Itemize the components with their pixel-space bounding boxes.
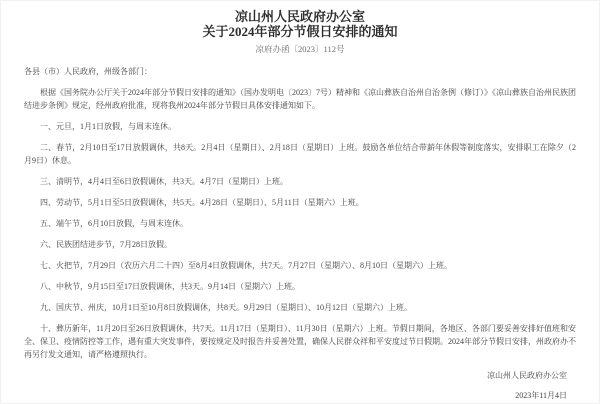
holiday-item-dragon-boat: 五、端午节，6月10日放假，与周末连休。 (24, 217, 576, 230)
signature: 凉山州人民政府办公室 (24, 369, 567, 382)
signature-date: 2023年11月4日 (24, 389, 567, 402)
holiday-item-qingming: 三、清明节，4月4日至6日放假调休，共3天。4月7日（星期日）上班。 (24, 175, 576, 188)
holiday-item-spring-festival: 二、春节，2月10日至17日放假调休，共8天。2月4日（星期日）、2月18日（星… (24, 141, 576, 167)
document-number: 凉府办函〔2023〕112号 (24, 44, 576, 55)
notice-body: 各县（市）人民政府，州级各部门： 根据《国务院办公厅关于2024年部分节假日安排… (24, 65, 576, 361)
holiday-item-new-year: 一、元旦，1月1日放假，与周末连休。 (24, 120, 576, 133)
closing-block: 凉山州人民政府办公室 2023年11月4日 (24, 369, 567, 402)
holiday-item-labor-day: 四、劳动节，5月1日至5日放假调休，共5天。4月28日（星期日）、5月11日（星… (24, 196, 576, 209)
intro-paragraph: 根据《国务院办公厅关于2024年部分节假日安排的通知》（国办发明电〔2023〕7… (24, 86, 576, 112)
holiday-item-yi-new-year: 十、彝历新年，11月20日至26日放假调休，共7天。11月17日（星期日）、11… (24, 322, 576, 361)
notice-title: 关于2024年部分节假日安排的通知 (24, 24, 576, 39)
holiday-item-unity-progress: 六、民族团结进步节，7月28日放假。 (24, 238, 576, 251)
notice-header: 凉山州人民政府办公室 关于2024年部分节假日安排的通知 凉府办函〔2023〕1… (24, 9, 576, 55)
issuing-office-title: 凉山州人民政府办公室 (24, 9, 576, 24)
salutation: 各县（市）人民政府，州级各部门： (24, 65, 576, 78)
notice-page: 凉山州人民政府办公室 关于2024年部分节假日安排的通知 凉府办函〔2023〕1… (0, 0, 600, 404)
holiday-item-national-day: 九、国庆节、州庆，10月1日至10月8日放假调休，共8天。9月29日（星期日）、… (24, 301, 576, 314)
holiday-item-mid-autumn: 八、中秋节，9月15日至17日放假调休，共3天。9月14日（星期六）上班。 (24, 280, 576, 293)
holiday-item-torch-festival: 七、火把节，7月29日（农历六月二十四）至8月4日放假调休，共7天。7月27日（… (24, 259, 576, 272)
